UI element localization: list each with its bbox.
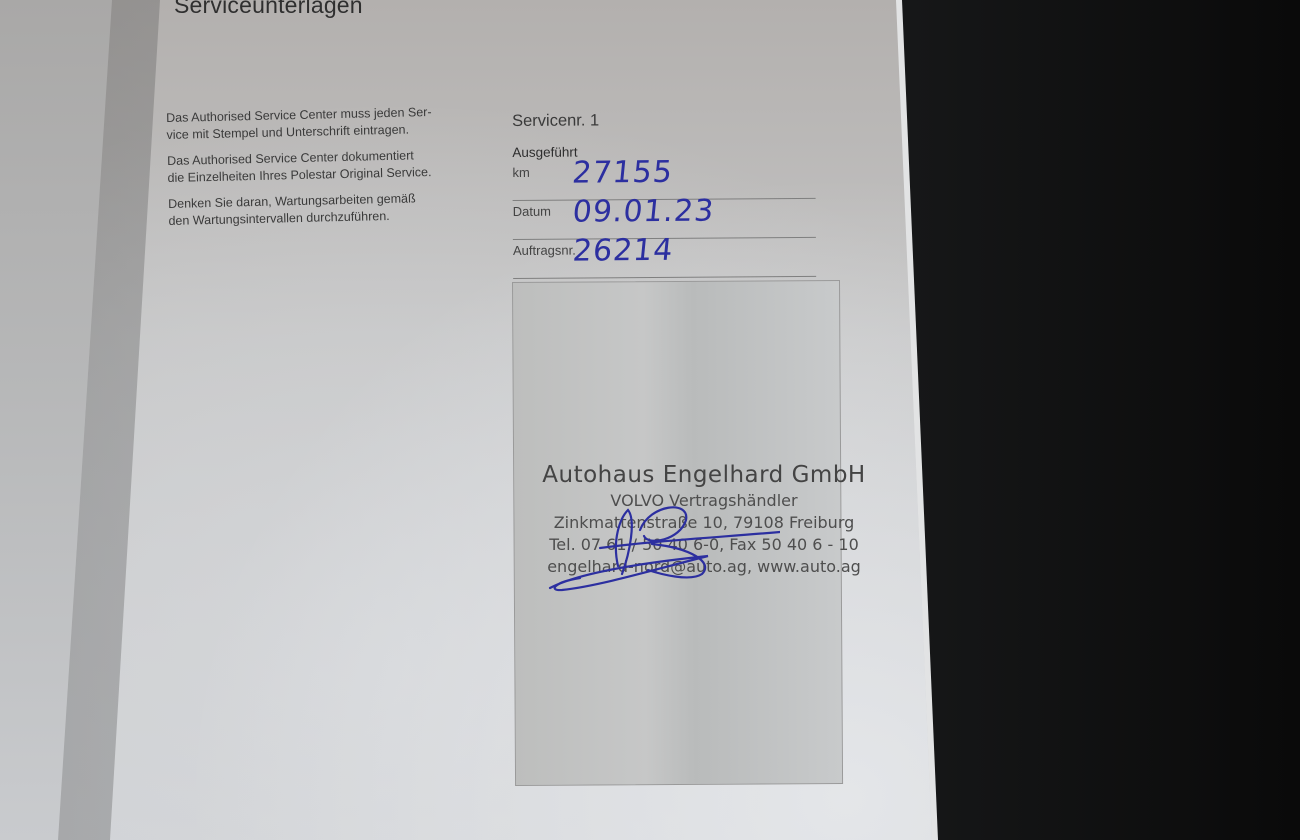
mileage-label: km (512, 165, 529, 180)
order-number-row: Auftragsnr. 26214 (513, 238, 816, 279)
signature-icon (540, 490, 780, 600)
mileage-value: 27155 (571, 155, 675, 191)
instruction-paragraph: Das Authorised Service Center muss jeden… (166, 103, 497, 144)
service-number-heading: Servicenr. 1 (512, 110, 822, 131)
instruction-paragraph: Denken Sie daran, Wartungsarbeiten gemäß… (168, 188, 499, 229)
order-number-label: Auftragsnr. (513, 243, 576, 258)
stamp-company: Autohaus Engelhard GmbH (534, 462, 874, 488)
instruction-paragraph: Das Authorised Service Center dokumentie… (167, 146, 498, 187)
page-title: Serviceunterlagen (174, 0, 363, 19)
instructions: Das Authorised Service Center muss jeden… (166, 103, 499, 239)
date-value: 09.01.23 (571, 194, 716, 230)
date-label: Datum (513, 204, 551, 219)
order-number-value: 26214 (571, 233, 675, 269)
service-entry-form: Servicenr. 1 Ausgeführt km 27155 Datum 0… (512, 110, 823, 279)
